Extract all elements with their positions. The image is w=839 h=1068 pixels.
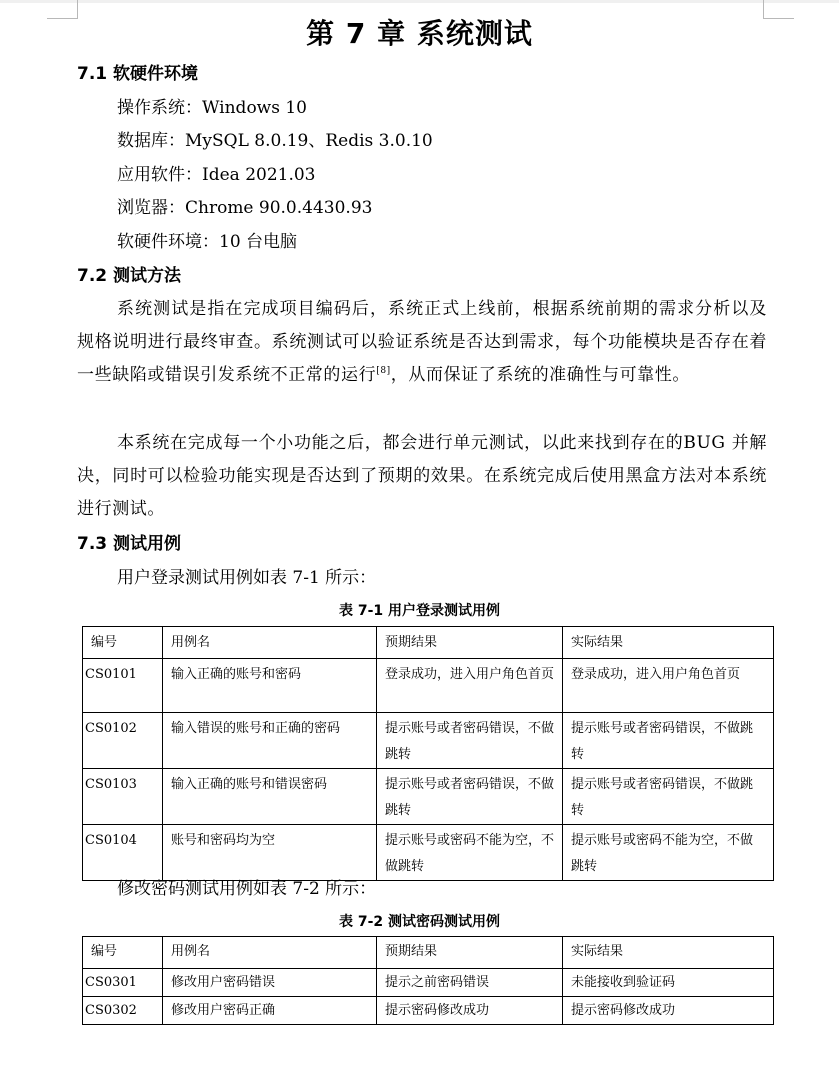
case-id: CS0103 bbox=[83, 769, 163, 825]
password-test-case-table: 编号 用例名 预期结果 实际结果 CS0301 修改用户密码错误 提示之前密码错… bbox=[82, 936, 774, 1025]
header-id: 编号 bbox=[83, 937, 163, 969]
login-test-case-table: 编号 用例名 预期结果 实际结果 CS0101 输入正确的账号和密码 登录成功，… bbox=[82, 626, 774, 881]
case-name: 输入错误的账号和正确的密码 bbox=[163, 713, 377, 769]
actual-result: 登录成功，进入用户角色首页 bbox=[563, 659, 774, 713]
table-row: CS0102 输入错误的账号和正确的密码 提示账号或者密码错误，不做跳转 提示账… bbox=[83, 713, 774, 769]
table-row: CS0103 输入正确的账号和错误密码 提示账号或者密码错误，不做跳转 提示账号… bbox=[83, 769, 774, 825]
env-browser: 浏览器：Chrome 90.0.4430.93 bbox=[117, 196, 372, 220]
actual-result: 提示账号或者密码错误，不做跳转 bbox=[563, 713, 774, 769]
table-header-row: 编号 用例名 预期结果 实际结果 bbox=[83, 937, 774, 969]
expected-result: 提示之前密码错误 bbox=[377, 969, 563, 997]
case-id: CS0302 bbox=[83, 997, 163, 1025]
expected-result: 提示账号或者密码错误，不做跳转 bbox=[377, 769, 563, 825]
env-database: 数据库：MySQL 8.0.19、Redis 3.0.10 bbox=[117, 129, 433, 153]
test-method-paragraph-1: 系统测试是指在完成项目编码后，系统正式上线前，根据系统前期的需求分析以及规格说明… bbox=[77, 293, 767, 392]
table-row: CS0104 账号和密码均为空 提示账号或密码不能为空，不做跳转 提示账号或密码… bbox=[83, 825, 774, 881]
table-7-1-caption: 表 7-1 用户登录测试用例 bbox=[0, 601, 839, 621]
case-name: 账号和密码均为空 bbox=[163, 825, 377, 881]
header-case-name: 用例名 bbox=[163, 627, 377, 659]
header-expected: 预期结果 bbox=[377, 627, 563, 659]
section-heading-7-2: 7.2 测试方法 bbox=[77, 264, 181, 288]
case-name: 修改用户密码错误 bbox=[163, 969, 377, 997]
actual-result: 提示账号或密码不能为空，不做跳转 bbox=[563, 825, 774, 881]
expected-result: 提示账号或者密码错误，不做跳转 bbox=[377, 713, 563, 769]
case-name: 修改用户密码正确 bbox=[163, 997, 377, 1025]
citation-ref: [8] bbox=[376, 366, 391, 376]
expected-result: 提示密码修改成功 bbox=[377, 997, 563, 1025]
page-top-shadow bbox=[0, 0, 839, 3]
header-id: 编号 bbox=[83, 627, 163, 659]
case-id: CS0301 bbox=[83, 969, 163, 997]
env-hardware: 软硬件环境：10 台电脑 bbox=[117, 230, 297, 254]
table-7-2-caption: 表 7-2 测试密码测试用例 bbox=[0, 912, 839, 932]
chapter-title: 第 7 章 系统测试 bbox=[0, 14, 839, 54]
paragraph-text-cont: ，从而保证了系统的准确性与可靠性。 bbox=[391, 365, 690, 385]
table-header-row: 编号 用例名 预期结果 实际结果 bbox=[83, 627, 774, 659]
header-case-name: 用例名 bbox=[163, 937, 377, 969]
test-method-paragraph-2: 本系统在完成每一个小功能之后，都会进行单元测试，以此来找到存在的BUG 并解决，… bbox=[77, 427, 767, 526]
env-os: 操作系统：Windows 10 bbox=[117, 96, 307, 120]
header-actual: 实际结果 bbox=[563, 627, 774, 659]
section-heading-7-3: 7.3 测试用例 bbox=[77, 532, 181, 556]
actual-result: 提示账号或者密码错误，不做跳转 bbox=[563, 769, 774, 825]
table-row: CS0101 输入正确的账号和密码 登录成功，进入用户角色首页 登录成功，进入用… bbox=[83, 659, 774, 713]
case-id: CS0101 bbox=[83, 659, 163, 713]
actual-result: 提示密码修改成功 bbox=[563, 997, 774, 1025]
actual-result: 未能接收到验证码 bbox=[563, 969, 774, 997]
section-heading-7-1: 7.1 软硬件环境 bbox=[77, 62, 198, 86]
case-id: CS0102 bbox=[83, 713, 163, 769]
table-row: CS0301 修改用户密码错误 提示之前密码错误 未能接收到验证码 bbox=[83, 969, 774, 997]
header-actual: 实际结果 bbox=[563, 937, 774, 969]
case-id: CS0104 bbox=[83, 825, 163, 881]
expected-result: 提示账号或密码不能为空，不做跳转 bbox=[377, 825, 563, 881]
case-name: 输入正确的账号和错误密码 bbox=[163, 769, 377, 825]
table-7-1-intro: 用户登录测试用例如表 7-1 所示： bbox=[117, 566, 376, 590]
case-name: 输入正确的账号和密码 bbox=[163, 659, 377, 713]
header-expected: 预期结果 bbox=[377, 937, 563, 969]
expected-result: 登录成功，进入用户角色首页 bbox=[377, 659, 563, 713]
table-7-2-intro: 修改密码测试用例如表 7-2 所示： bbox=[117, 877, 376, 901]
env-app-software: 应用软件：Idea 2021.03 bbox=[117, 163, 316, 187]
table-row: CS0302 修改用户密码正确 提示密码修改成功 提示密码修改成功 bbox=[83, 997, 774, 1025]
